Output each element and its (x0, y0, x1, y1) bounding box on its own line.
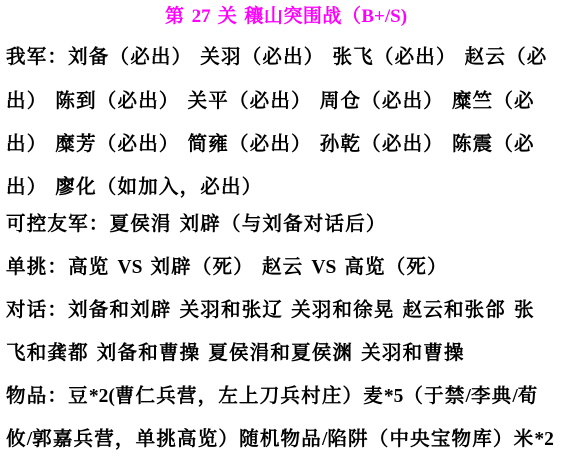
item-rice-qty: *2 (534, 429, 554, 450)
item-beans-qty: *2( (89, 386, 115, 407)
duels-label: 单挑： (6, 255, 68, 278)
duel-1-b: 刘辟（死） (150, 255, 254, 278)
duel-2-b: 高览（死） (344, 255, 448, 278)
item-text: 攸 (6, 427, 27, 450)
dialogues-line-1: 对话：刘备和刘辟 关羽和张辽 关羽和徐晃 赵云和张郃 张 (6, 297, 568, 323)
our-army-line-4: 出） 廖化（如加入，必出） (6, 174, 568, 200)
title-rank-open: （ (342, 5, 362, 27)
items-line-2: 攸/郭嘉兵营，单挑高览）随机物品/陷阱（中央宝物库）米*2 (6, 426, 568, 453)
item-wheat-qty: *5 (384, 386, 404, 407)
our-army-line-1: 我军：刘备（必出） 关羽（必出） 张飞（必出） 赵云（必 (6, 44, 568, 70)
item-wheat-source-2: 李典 (471, 384, 512, 407)
items-label: 物品： (6, 384, 68, 407)
dialogues-line-2: 飞和龚都 刘备和曹操 夏侯涓和夏侯渊 关羽和曹操 (6, 340, 568, 366)
item-rice: 陷阱（中央宝物库）米 (327, 427, 534, 450)
item-beans: 豆 (68, 384, 89, 407)
dialogues-label: 对话： (6, 298, 68, 321)
item-text: 郭嘉兵营，单挑高览）随机物品 (32, 427, 322, 450)
item-wheat-source: （于禁 (403, 384, 465, 407)
duels-line: 单挑：高览 VS 刘辟（死）赵云 VS 高览（死） (6, 254, 568, 281)
controllable-allies-line: 可控友军：夏侯涓 刘辟（与刘备对话后） (6, 211, 568, 237)
duel-1-vs: VS (118, 257, 143, 278)
item-wheat-source-3: 荀 (518, 384, 539, 407)
our-army-line-2: 出） 陈到（必出） 关平（必出） 周仓（必出） 糜竺（必 (6, 88, 568, 114)
items-line-1: 物品：豆*2(曹仁兵营，左上刀兵村庄）麦*5（于禁/李典/荀 (6, 383, 568, 410)
controllable-allies-text: 夏侯涓 刘辟（与刘备对话后） (110, 212, 387, 235)
duel-2-vs: VS (311, 257, 336, 278)
item-beans-source: 曹仁兵营，左上刀兵村庄）麦 (115, 384, 384, 407)
controllable-allies-label: 可控友军： (6, 212, 110, 235)
title-chapter-word: 关 (211, 5, 245, 27)
duel-2-a: 赵云 (262, 255, 303, 278)
title-prefix: 第 (165, 5, 192, 27)
title-rank: B+/S) (361, 6, 407, 27)
duel-1-a: 高览 (68, 255, 109, 278)
our-army-line-3: 出） 糜芳（必出） 简雍（必出） 孙乾（必出） 陈震（必 (6, 131, 568, 157)
title-number: 27 (192, 6, 211, 27)
stage-title: 第 27 关 穰山突围战（B+/S) (0, 4, 572, 29)
title-name: 穰山突围战 (244, 5, 342, 27)
document-page: 第 27 关 穰山突围战（B+/S) 我军：刘备（必出） 关羽（必出） 张飞（必… (0, 0, 572, 456)
dialogues-text-1: 刘备和刘辟 关羽和张辽 关羽和徐晃 赵云和张郃 张 (68, 298, 535, 321)
